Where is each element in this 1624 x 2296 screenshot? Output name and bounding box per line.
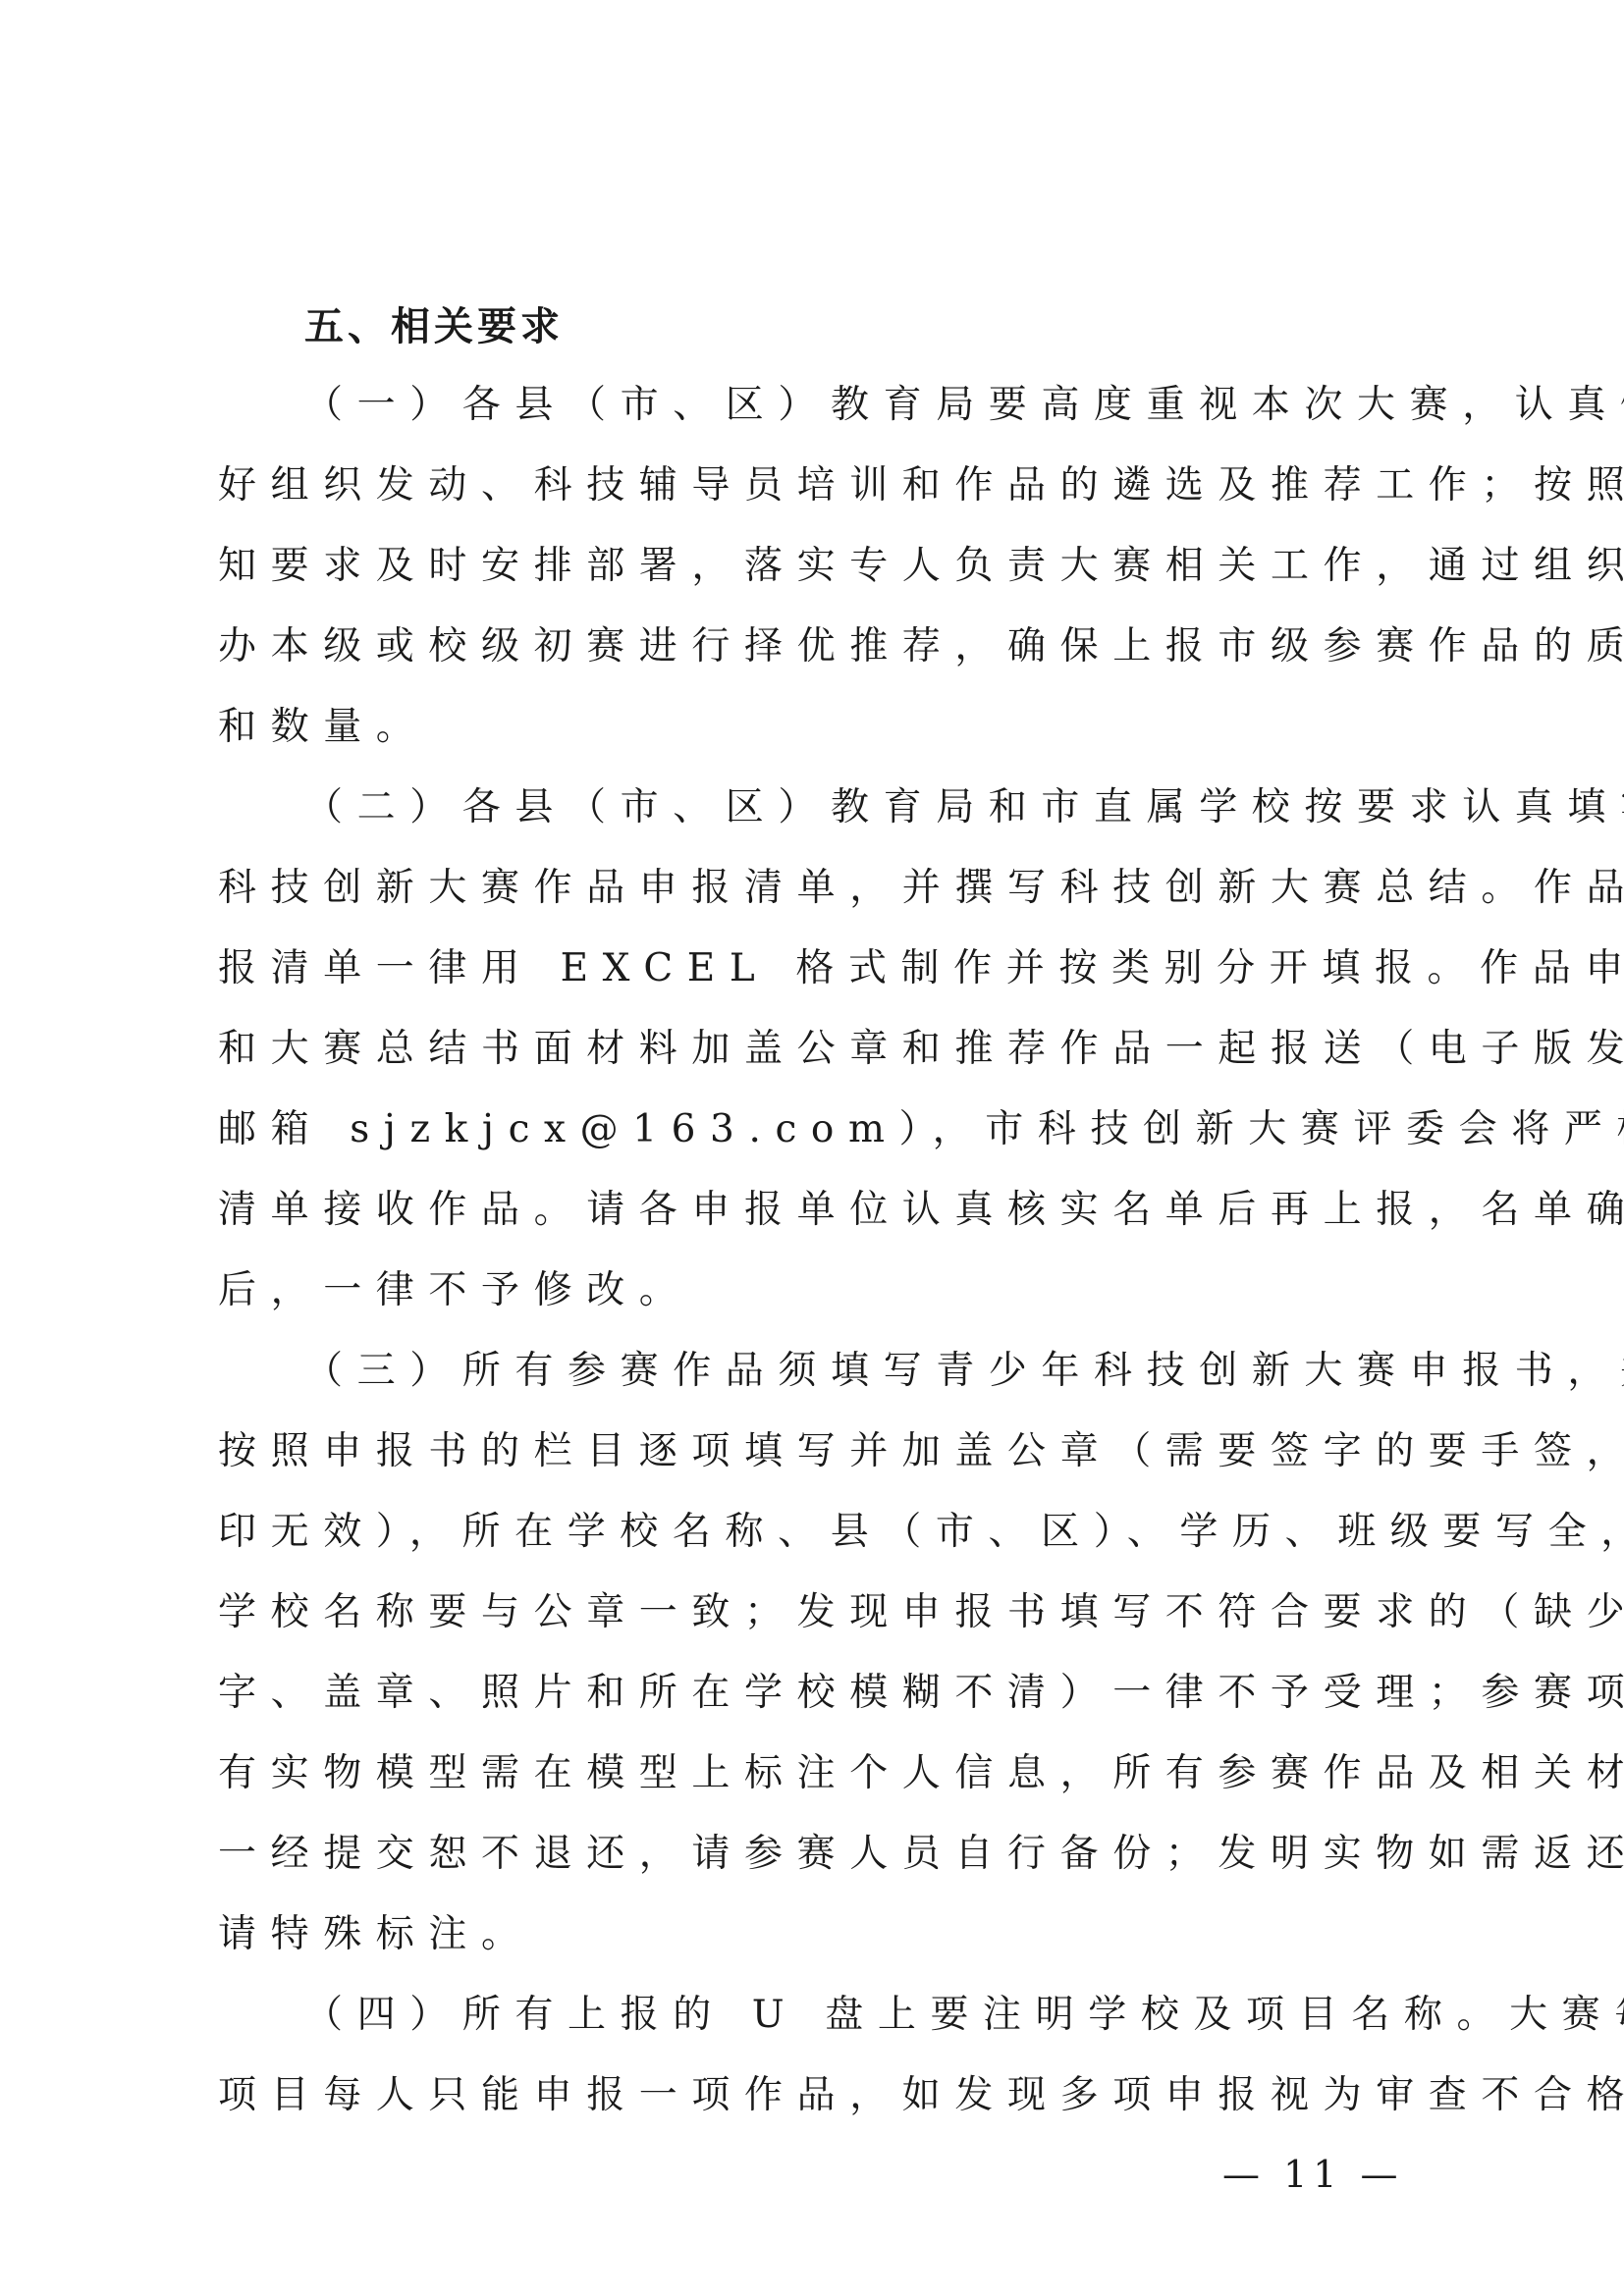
- page-number: — 11 —: [1222, 2150, 1404, 2199]
- paragraph-2-line-4: 和大赛总结书面材料加盖公章和推荐作品一起报送（电子版发至: [218, 1025, 1428, 1074]
- paragraph-4-line-2: 项目每人只能申报一项作品，如发现多项申报视为审查不合格直: [218, 2071, 1428, 2120]
- paragraph-3-line-2: 按照申报书的栏目逐项填写并加盖公章（需要签字的要手签，打: [218, 1427, 1428, 1476]
- paragraph-3-line-1: （三）所有参赛作品须填写青少年科技创新大赛申报书，并: [304, 1347, 1428, 1396]
- paragraph-3-line-3: 印无效），所在学校名称、县（市、区）、学历、班级要写全，: [218, 1508, 1428, 1557]
- paragraph-3-line-5: 字、盖章、照片和所在学校模糊不清）一律不予受理；参赛项目: [218, 1669, 1428, 1718]
- document-page: 五、相关要求 （一）各县（市、区）教育局要高度重视本次大赛，认真做 好组织发动、…: [0, 0, 1624, 2296]
- paragraph-2-line-1: （二）各县（市、区）教育局和市直属学校按要求认真填写: [304, 783, 1428, 832]
- paragraph-2-line-6: 清单接收作品。请各申报单位认真核实名单后再上报，名单确定: [218, 1186, 1428, 1235]
- section-heading: 五、相关要求: [304, 302, 564, 351]
- paragraph-3-line-7: 一经提交恕不退还，请参赛人员自行备份；发明实物如需返还的，: [218, 1830, 1428, 1879]
- paragraph-3-line-8: 请特殊标注。: [218, 1910, 1428, 1959]
- paragraph-2-line-7: 后，一律不予修改。: [218, 1266, 1428, 1315]
- paragraph-1-line-5: 和数量。: [218, 703, 1428, 752]
- paragraph-2-line-5: 邮箱 sjzkjcx@163.com），市科技创新大赛评委会将严格按申报: [218, 1105, 1428, 1154]
- paragraph-2-line-3: 报清单一律用 EXCEL 格式制作并按类别分开填报。作品申报清单: [218, 944, 1428, 993]
- paragraph-3-line-4: 学校名称要与公章一致；发现申报书填写不符合要求的（缺少签: [218, 1588, 1428, 1637]
- paragraph-1-line-2: 好组织发动、科技辅导员培训和作品的遴选及推荐工作；按照通: [218, 461, 1428, 510]
- paragraph-1-line-3: 知要求及时安排部署，落实专人负责大赛相关工作，通过组织举: [218, 542, 1428, 591]
- paragraph-2-line-2: 科技创新大赛作品申报清单，并撰写科技创新大赛总结。作品申: [218, 864, 1428, 913]
- paragraph-1-line-1: （一）各县（市、区）教育局要高度重视本次大赛，认真做: [304, 381, 1428, 430]
- paragraph-1-line-4: 办本级或校级初赛进行择优推荐，确保上报市级参赛作品的质量: [218, 622, 1428, 671]
- paragraph-4-line-1: （四）所有上报的 U 盘上要注明学校及项目名称。大赛每个: [304, 1991, 1428, 2040]
- paragraph-3-line-6: 有实物模型需在模型上标注个人信息，所有参赛作品及相关材料: [218, 1749, 1428, 1798]
